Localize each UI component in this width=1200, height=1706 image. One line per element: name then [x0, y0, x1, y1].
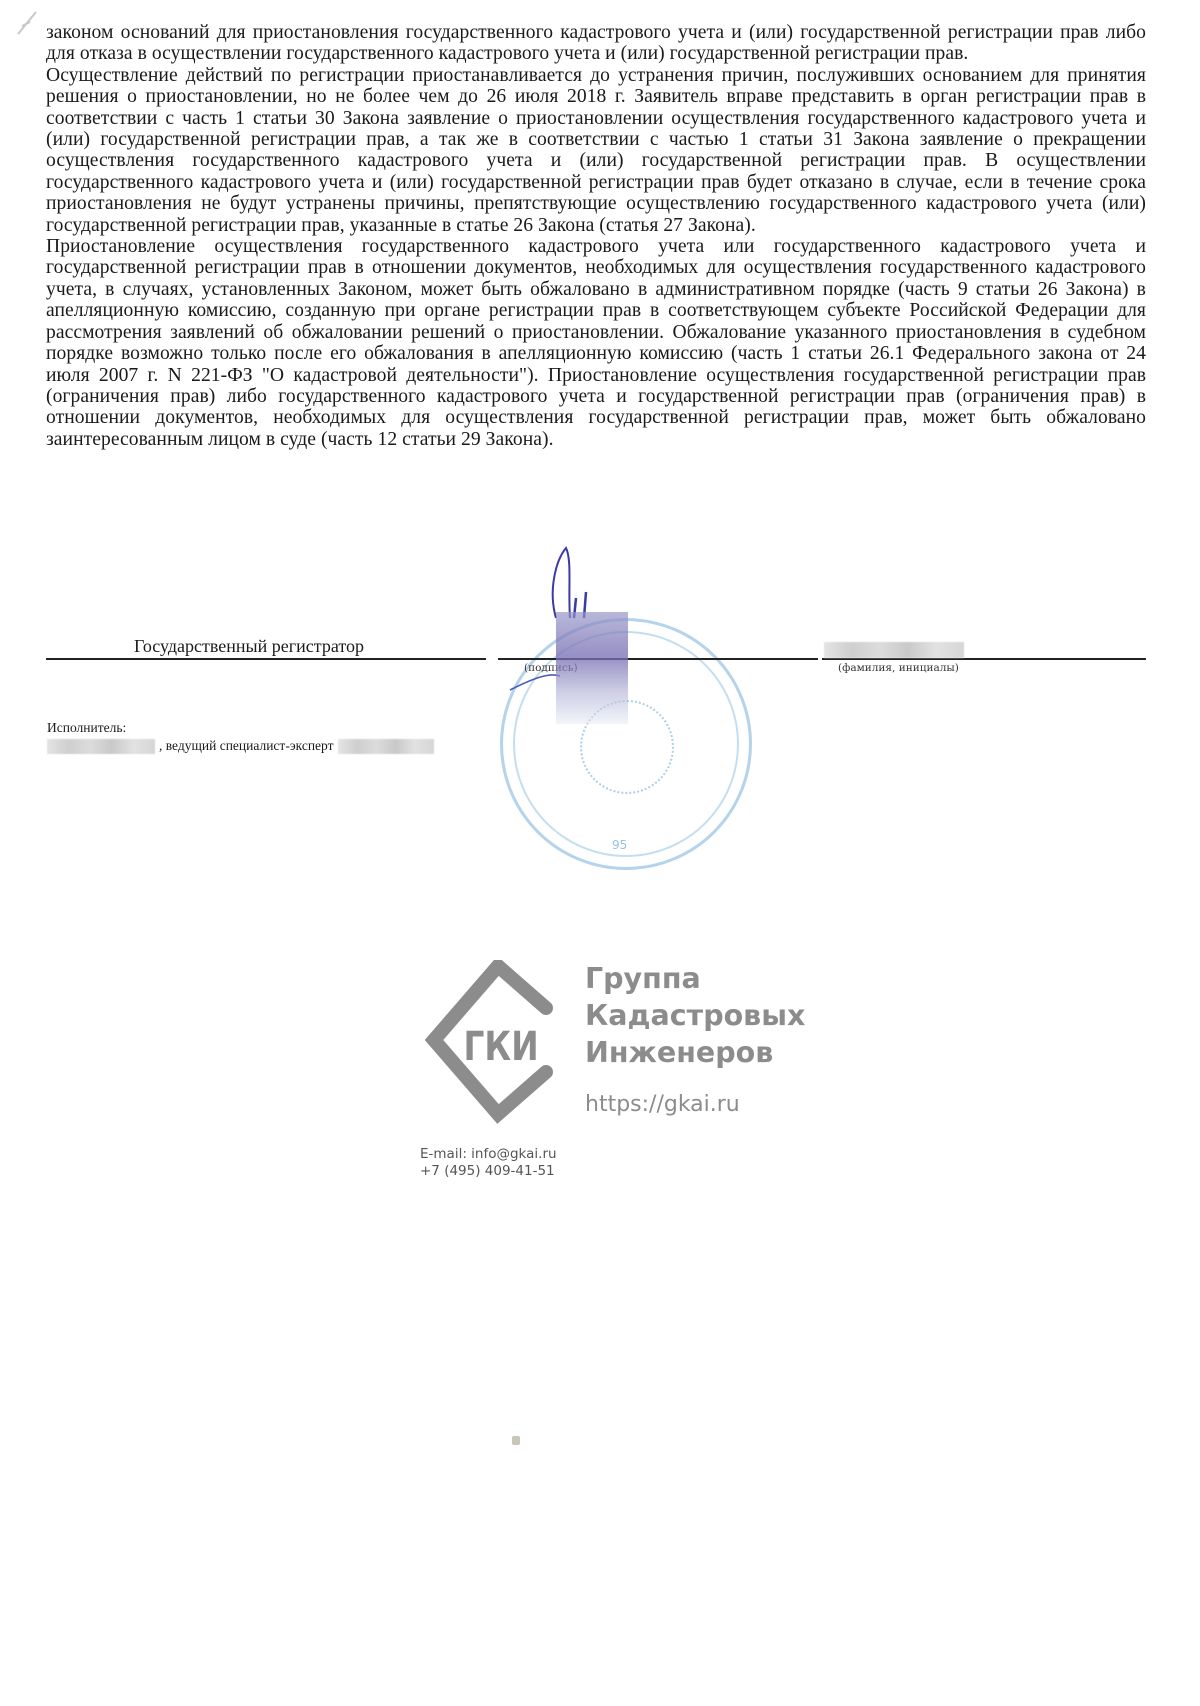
gki-diamond-icon: ГКИ — [424, 960, 574, 1128]
logo-line-3: Инженеров — [585, 1034, 805, 1071]
redacted-name — [824, 642, 964, 658]
executor-block: Исполнитель: , ведущий специалист-экспер… — [47, 720, 434, 754]
position-line — [46, 658, 486, 660]
name-caption: (фамилия, инициалы) — [838, 662, 959, 674]
signature-line — [498, 658, 818, 660]
paragraph-3: Приостановление осуществления государств… — [46, 236, 1146, 450]
name-line — [822, 658, 1146, 660]
executor-role: , ведущий специалист-эксперт — [159, 738, 334, 754]
logo-line-1: Группа — [585, 960, 805, 997]
redacted-executor-phone — [338, 739, 434, 754]
logo-email[interactable]: E-mail: info@gkai.ru — [420, 1146, 557, 1163]
redacted-executor-name — [47, 739, 155, 754]
paragraph-2: Осуществление действий по регистрации пр… — [46, 65, 1146, 236]
company-logo: ГКИ Группа Кадастровых Инженеров https:/… — [420, 960, 840, 1190]
logo-url[interactable]: https://gkai.ru — [585, 1092, 740, 1117]
scan-speck — [512, 1436, 520, 1445]
logo-line-2: Кадастровых — [585, 997, 805, 1034]
document-body: законом оснований для приостановления го… — [46, 22, 1146, 450]
paragraph-1: законом оснований для приостановления го… — [46, 22, 1146, 65]
scan-mark-icon — [14, 8, 44, 38]
position-title: Государственный регистратор — [134, 636, 364, 657]
document-page: законом оснований для приостановления го… — [0, 0, 1200, 1706]
redacted-signature — [556, 612, 628, 724]
logo-phone: +7 (495) 409-41-51 — [420, 1163, 557, 1180]
logo-abbr: ГКИ — [464, 1023, 539, 1070]
stamp-number: 95 — [612, 838, 627, 852]
executor-label: Исполнитель: — [47, 720, 434, 736]
